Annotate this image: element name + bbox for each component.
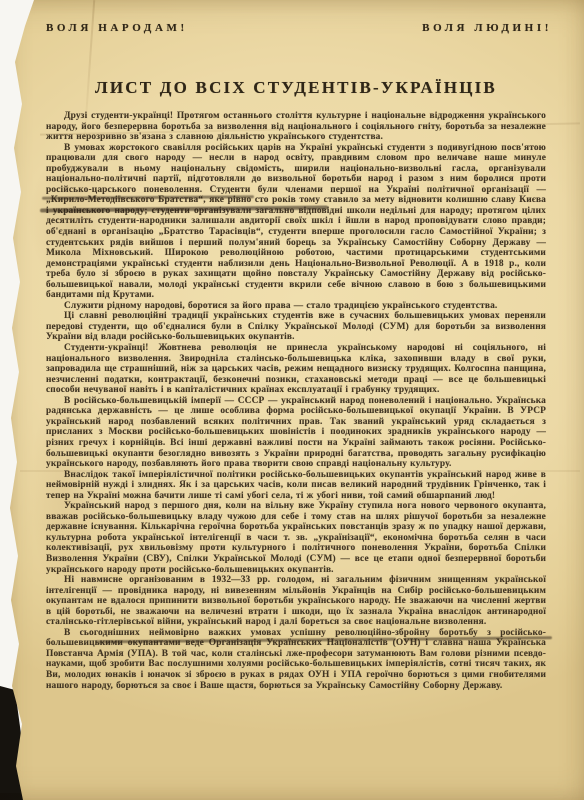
masthead: ВОЛЯ НАРОДАМ! ВОЛЯ ЛЮДИНІ! <box>46 22 546 34</box>
masthead-slogan-right: ВОЛЯ ЛЮДИНІ! <box>422 22 552 34</box>
leaflet-paper: ВОЛЯ НАРОДАМ! ВОЛЯ ЛЮДИНІ! ЛИСТ ДО ВСІХ … <box>0 0 584 800</box>
page-title: ЛИСТ ДО ВСІХ СТУДЕНТІВ-УКРАЇНЦІВ <box>46 78 546 98</box>
paragraph: Друзі студенти-українці! Протягом останн… <box>46 111 546 143</box>
paragraph: Студенти-українці! Жовтнева революція не… <box>46 343 546 396</box>
paragraph: Внаслідок такої імперіялістичної політик… <box>46 470 546 502</box>
paragraph: В російсько-большевицькій імперії — СССР… <box>46 396 546 470</box>
paragraph: В сьогоднішних неймовірно важких умовах … <box>46 628 546 691</box>
paragraph: Ні навмисне організованим в 1932—33 рр. … <box>46 575 546 628</box>
paragraph: Український народ з першого дня, коли на… <box>46 501 546 575</box>
paragraph: Служити рідному народові, боротися за йо… <box>46 301 546 312</box>
paragraph: Ці славні революційні традиції українськ… <box>46 311 546 343</box>
masthead-slogan-left: ВОЛЯ НАРОДАМ! <box>46 22 188 34</box>
letter-body: Друзі студенти-українці! Протягом останн… <box>46 111 546 691</box>
leaflet-content: ВОЛЯ НАРОДАМ! ВОЛЯ ЛЮДИНІ! ЛИСТ ДО ВСІХ … <box>46 0 546 691</box>
paragraph: В умовах жорстокого свавілля російських … <box>46 143 546 301</box>
